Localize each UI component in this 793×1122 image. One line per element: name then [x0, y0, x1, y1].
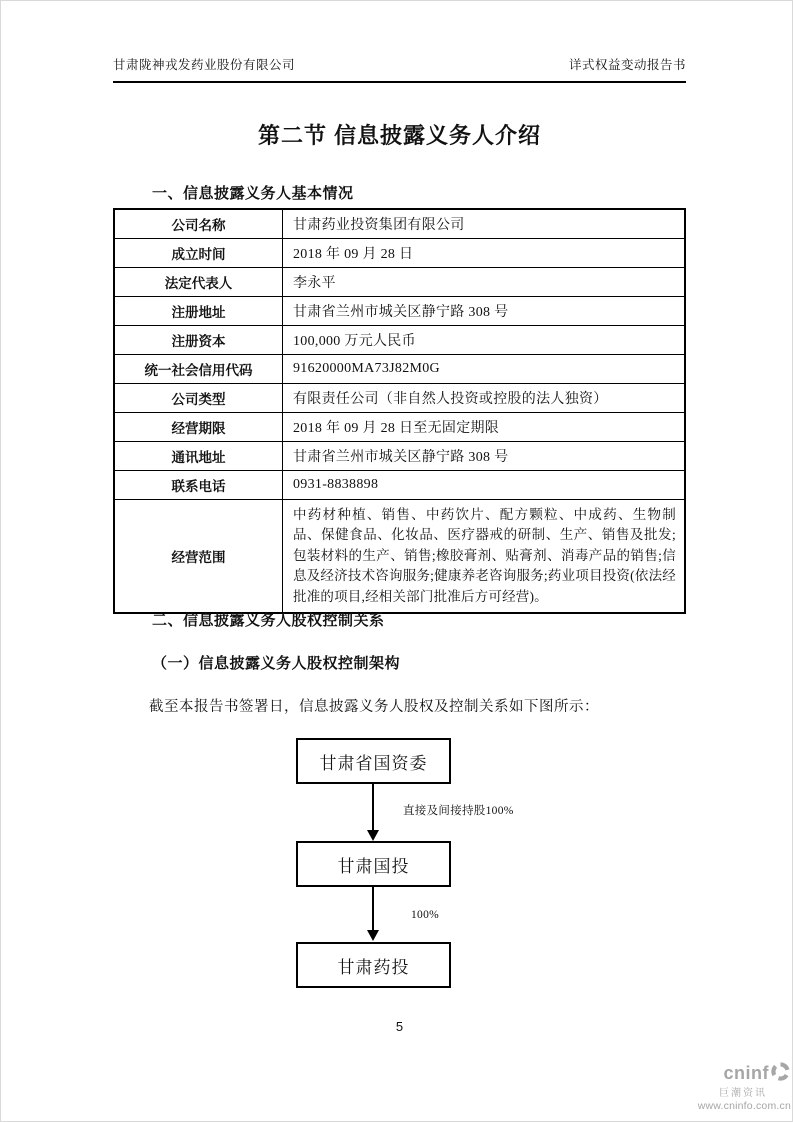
row-value: 有限责任公司（非自然人投资或控股的法人独资） — [283, 384, 686, 413]
table-row: 通讯地址 甘肃省兰州市城关区静宁路 308 号 — [114, 442, 685, 471]
section-heading-basic-info: 一、信息披露义务人基本情况 — [152, 182, 354, 203]
cninfo-logo: cninf 巨潮资讯 www.cninfo.com.cn — [689, 1061, 791, 1112]
diagram-edge-label: 100% — [411, 909, 439, 921]
header-company-name: 甘肃陇神戎发药业股份有限公司 — [113, 55, 295, 73]
chapter-title: 第二节 信息披露义务人介绍 — [113, 119, 686, 150]
table-row: 统一社会信用代码 91620000MA73J82M0G — [114, 355, 685, 384]
table-row: 公司名称 甘肃药业投资集团有限公司 — [114, 209, 685, 239]
table-row: 注册地址 甘肃省兰州市城关区静宁路 308 号 — [114, 297, 685, 326]
diagram-node-gansu-yaotou: 甘肃药投 — [296, 942, 451, 988]
section-heading-control-relation: 二、信息披露义务人股权控制关系 — [152, 609, 385, 630]
row-value: 李永平 — [283, 268, 686, 297]
row-value: 2018 年 09 月 28 日至无固定期限 — [283, 413, 686, 442]
row-value: 甘肃药业投资集团有限公司 — [283, 209, 686, 239]
page-header: 甘肃陇神戎发药业股份有限公司 详式权益变动报告书 — [113, 55, 686, 73]
row-value: 91620000MA73J82M0G — [283, 355, 686, 384]
basic-info-table: 公司名称 甘肃药业投资集团有限公司 成立时间 2018 年 09 月 28 日 … — [113, 208, 686, 614]
arrow-down-icon — [367, 830, 379, 841]
row-label: 统一社会信用代码 — [114, 355, 283, 384]
row-label: 法定代表人 — [114, 268, 283, 297]
diagram-edge-label: 直接及间接持股100% — [403, 802, 514, 818]
table-row: 联系电话 0931-8838898 — [114, 471, 685, 500]
header-doc-type: 详式权益变动报告书 — [569, 55, 686, 73]
row-label: 公司名称 — [114, 209, 283, 239]
row-label: 注册资本 — [114, 326, 283, 355]
table-row: 法定代表人 李永平 — [114, 268, 685, 297]
header-rule — [113, 81, 686, 83]
cninfo-swirl-icon — [770, 1061, 791, 1087]
row-value: 0931-8838898 — [283, 471, 686, 500]
table-row: 经营范围 中药材种植、销售、中药饮片、配方颗粒、中成药、生物制品、保健食品、化妆… — [114, 500, 685, 614]
cninfo-brand-text: cninf — [724, 1064, 770, 1084]
diagram-node-gansu-guotou: 甘肃国投 — [296, 841, 451, 887]
diagram-connector — [372, 784, 374, 831]
row-label: 经营范围 — [114, 500, 283, 614]
row-value: 2018 年 09 月 28 日 — [283, 239, 686, 268]
table-row: 注册资本 100,000 万元人民币 — [114, 326, 685, 355]
page-number: 5 — [113, 1019, 686, 1034]
diagram-node-sasac: 甘肃省国资委 — [296, 738, 451, 784]
row-value: 甘肃省兰州市城关区静宁路 308 号 — [283, 442, 686, 471]
row-label: 经营期限 — [114, 413, 283, 442]
table-row: 成立时间 2018 年 09 月 28 日 — [114, 239, 685, 268]
table-row: 经营期限 2018 年 09 月 28 日至无固定期限 — [114, 413, 685, 442]
row-value: 100,000 万元人民币 — [283, 326, 686, 355]
row-label: 联系电话 — [114, 471, 283, 500]
diagram-connector — [372, 887, 374, 931]
subsection-heading-control-structure: （一）信息披露义务人股权控制架构 — [152, 652, 400, 673]
row-label: 通讯地址 — [114, 442, 283, 471]
control-paragraph: 截至本报告书签署日，信息披露义务人股权及控制关系如下图所示： — [149, 695, 689, 716]
arrow-down-icon — [367, 930, 379, 941]
cninfo-url: www.cninfo.com.cn — [689, 1101, 791, 1113]
row-value: 中药材种植、销售、中药饮片、配方颗粒、中成药、生物制品、保健食品、化妆品、医疗器… — [283, 500, 686, 614]
table-row: 公司类型 有限责任公司（非自然人投资或控股的法人独资） — [114, 384, 685, 413]
row-label: 公司类型 — [114, 384, 283, 413]
document-page: 甘肃陇神戎发药业股份有限公司 详式权益变动报告书 第二节 信息披露义务人介绍 一… — [0, 0, 793, 1122]
row-label: 成立时间 — [114, 239, 283, 268]
row-value: 甘肃省兰州市城关区静宁路 308 号 — [283, 297, 686, 326]
cninfo-name: 巨潮资讯 — [689, 1088, 791, 1099]
row-label: 注册地址 — [114, 297, 283, 326]
